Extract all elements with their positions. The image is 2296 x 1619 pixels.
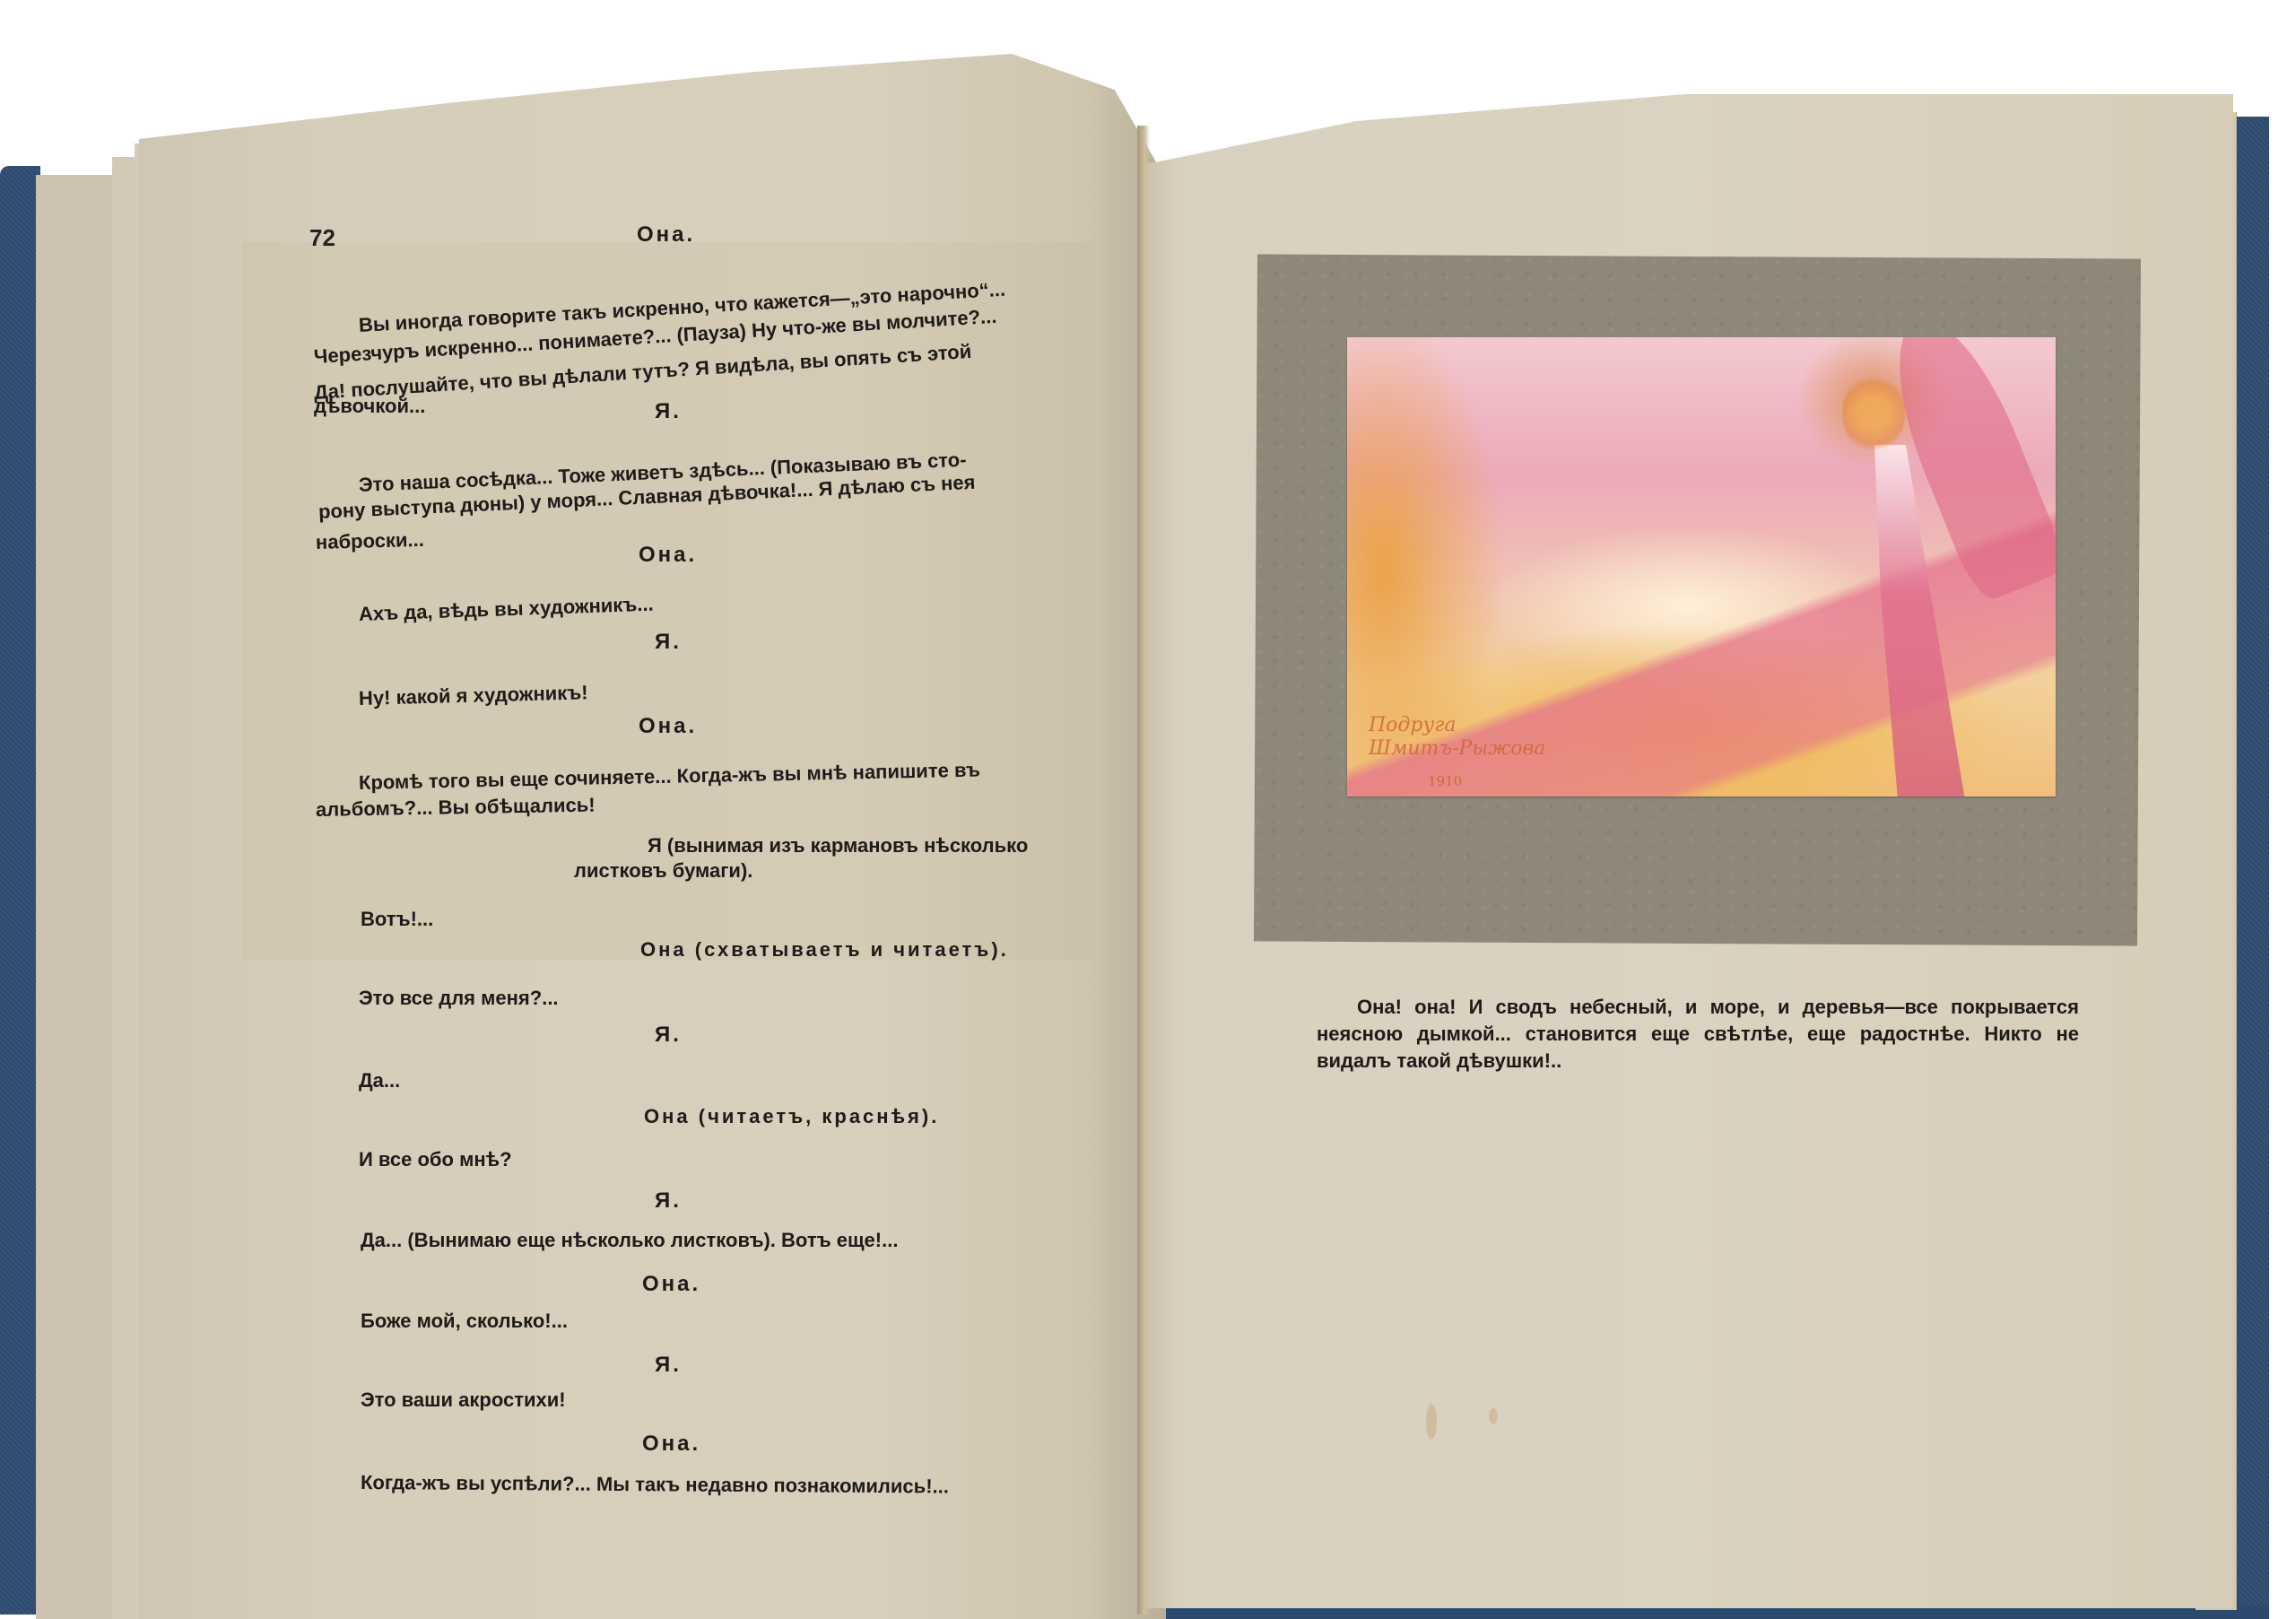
speaker-label: Она. (639, 714, 697, 739)
page-number: 72 (309, 224, 335, 252)
text-line: Это ваши акростихи! (361, 1388, 566, 1412)
signature-line-2: Шмитъ-Рыжова (1369, 737, 1545, 761)
text-line: Вотъ!... (361, 908, 433, 931)
foxing-stain (1426, 1404, 1437, 1440)
speaker-label: Я. (655, 1353, 682, 1378)
signature-line-1: Подруга (1369, 714, 1545, 737)
book-gutter (1137, 126, 1150, 1615)
speaker-label: Она (схватываетъ и читаетъ). (640, 938, 1009, 962)
woman-head (1842, 373, 1905, 454)
signature-year: 1910 (1428, 773, 1462, 789)
book-cover-right (2233, 117, 2269, 1619)
book-cover-left (0, 166, 40, 1615)
speaker-label: Я. (655, 630, 682, 655)
speaker-label: листковъ бумаги). (574, 859, 752, 883)
speaker-label: Я. (655, 1188, 682, 1214)
text-line: Боже мой, сколько!... (361, 1310, 568, 1333)
text-line: дѣвочкой... (314, 395, 425, 418)
artist-signature: Подруга Шмитъ-Рыжова (1369, 714, 1545, 761)
speaker-label: Она (читаетъ, краснѣя). (644, 1105, 939, 1128)
speaker-label: Она. (639, 543, 697, 568)
speaker-label: Она. (637, 222, 695, 248)
text-line: альбомъ?... Вы обѣщались! (316, 794, 596, 822)
caption-text: Она! она! И сводъ небесный, и море, и де… (1317, 994, 2079, 1075)
text-line: наброски... (316, 528, 424, 554)
watercolor-illustration: Подруга Шмитъ-Рыжова 1910 (1347, 337, 2056, 796)
text-line: Это все для меня?... (359, 987, 559, 1010)
foxing-stain (1489, 1408, 1498, 1424)
text-line: Да... (Вынимаю еще нѣсколько листковъ). … (361, 1229, 898, 1252)
speaker-label: Она. (642, 1272, 700, 1297)
speaker-label: Она. (642, 1432, 700, 1457)
speaker-label: Я (вынимая изъ кармановъ нѣсколько (648, 834, 1028, 857)
speaker-label: Я. (655, 1023, 682, 1048)
text-line: И все обо мнѣ? (359, 1148, 512, 1171)
illustration-caption: Она! она! И сводъ небесный, и море, и де… (1317, 994, 2079, 1075)
text-line: Когда-жъ вы успѣли?... Мы такъ недавно п… (361, 1471, 949, 1499)
speaker-label: Я. (655, 399, 682, 424)
text-line: Да... (359, 1069, 400, 1092)
